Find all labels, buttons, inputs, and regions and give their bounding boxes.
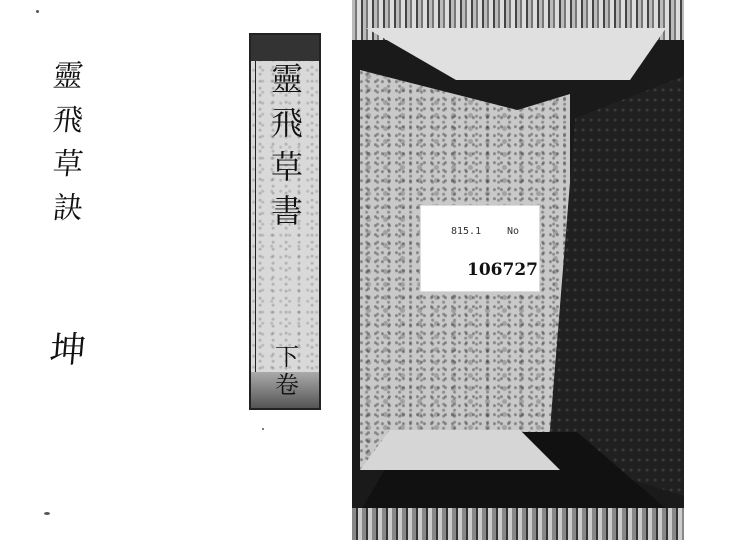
accession-number: 106727 — [467, 260, 538, 280]
no-label: No — [507, 226, 519, 237]
handwritten-char: 飛 — [51, 106, 84, 136]
scan-speck — [44, 512, 50, 515]
slip-title-char: 草 — [271, 151, 303, 183]
slip-title-char: 書 — [271, 195, 303, 227]
handwritten-char: 靈 — [51, 62, 84, 92]
handwritten-char: 草 — [51, 150, 84, 180]
cover-bottom-band — [352, 508, 684, 540]
cover-top-fold — [366, 28, 666, 80]
right-margin — [684, 0, 751, 552]
volume-mark: 坤 — [48, 322, 88, 373]
scan-speck — [262, 428, 264, 430]
slip-title-char: 飛 — [271, 107, 303, 139]
book-cover: 815.1 No 106727 — [352, 0, 684, 540]
handwritten-title: 靈 飛 草 訣 — [48, 62, 88, 224]
slip-volume-char: 卷 — [275, 373, 299, 397]
slip-title: 靈 飛 草 書 — [265, 63, 309, 227]
slip-border-line — [255, 61, 256, 408]
slip-volume-char: 下 — [275, 345, 299, 369]
library-label: 815.1 No 106727 — [420, 205, 540, 292]
classification-number: 815.1 — [451, 226, 481, 237]
slip-volume: 下 卷 — [269, 345, 305, 397]
slip-title-char: 靈 — [271, 63, 303, 95]
scan-speck — [36, 10, 39, 13]
title-slip: 靈 飛 草 書 下 卷 — [249, 33, 321, 410]
handwritten-char: 訣 — [51, 194, 84, 224]
slip-top-band — [251, 35, 319, 61]
